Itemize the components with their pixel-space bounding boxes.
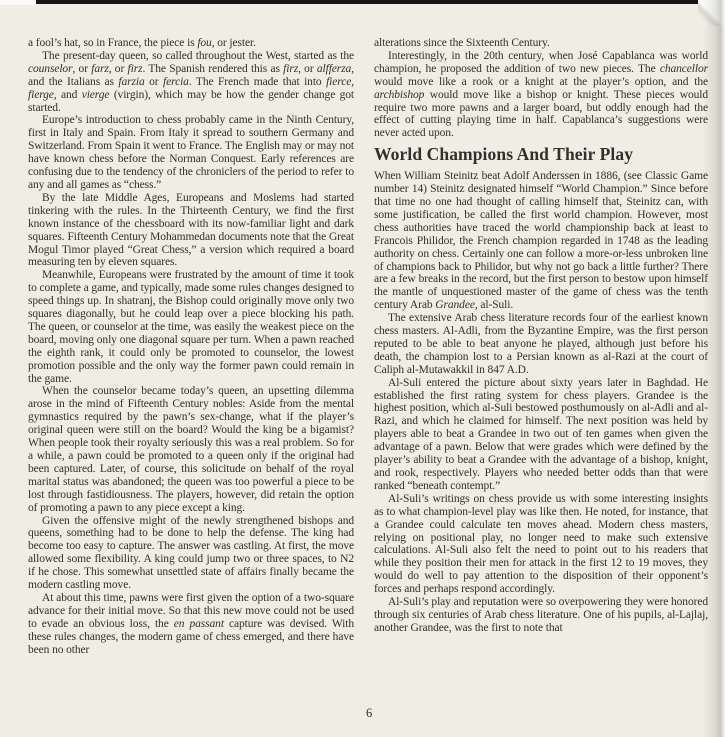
paragraph: When the counselor became today’s queen,… <box>28 385 354 514</box>
paragraph: Interestingly, in the 20th century, when… <box>374 50 708 140</box>
paragraph: Europe’s introduction to chess probably … <box>28 114 354 191</box>
section-heading: World Champions And Their Play <box>374 148 708 161</box>
left-text-column: a fool’s hat, so in France, the piece is… <box>28 37 354 657</box>
right-column-top-paragraphs: alterations since the Sixteenth Century.… <box>374 37 708 140</box>
paragraph: When William Steinitz beat Adolf Anderss… <box>374 170 708 312</box>
right-text-column: alterations since the Sixteenth Century.… <box>374 37 708 635</box>
paragraph: alterations since the Sixteenth Century. <box>374 37 708 50</box>
paragraph: a fool’s hat, so in France, the piece is… <box>28 37 354 50</box>
paragraph: By the late Middle Ages, Europeans and M… <box>28 192 354 269</box>
paragraph: At about this time, pawns were first giv… <box>28 592 354 657</box>
paragraph: Al-Suli’s play and reputation were so ov… <box>374 596 708 635</box>
paragraph: Meanwhile, Europeans were frustrated by … <box>28 269 354 385</box>
scan-corner-top-left <box>0 0 36 5</box>
paragraph: Given the offensive might of the newly s… <box>28 515 354 592</box>
paragraph: Al-Suli’s writings on chess provide us w… <box>374 493 708 596</box>
scan-top-edge-line <box>36 0 698 4</box>
right-column-bottom-paragraphs: When William Steinitz beat Adolf Anderss… <box>374 170 708 635</box>
paragraph: The present-day queen, so called through… <box>28 50 354 115</box>
page-number: 6 <box>366 706 372 721</box>
paragraph: The extensive Arab chess literature reco… <box>374 312 708 377</box>
paragraph: Al-Suli entered the picture about sixty … <box>374 377 708 493</box>
